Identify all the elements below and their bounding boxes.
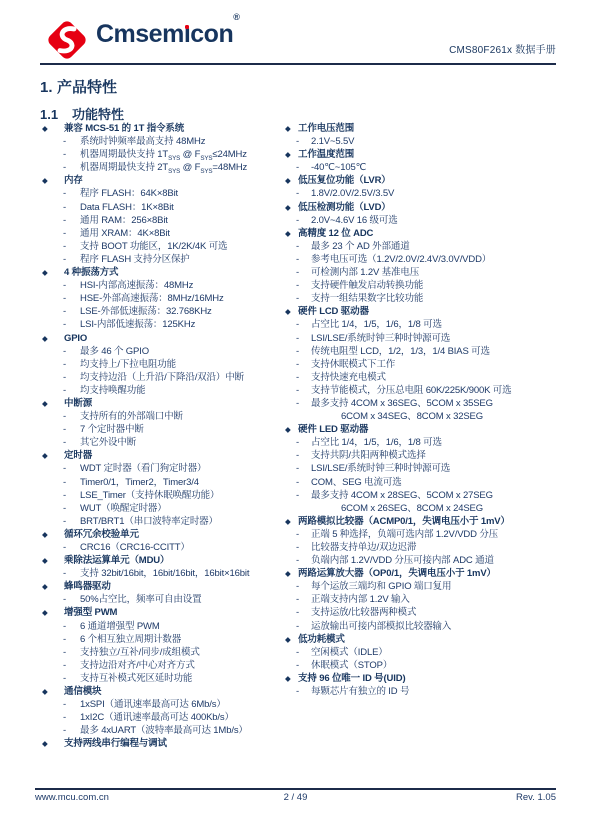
feature-item: -LSI/LSE/系统时钟三种时钟源可选 bbox=[283, 332, 556, 345]
feature-item: -参考电压可选（1.2V/2.0V/2.4V/3.0V/VDD） bbox=[283, 253, 556, 266]
feature-item: -均支持唤醒功能 bbox=[40, 384, 283, 397]
feature-item: -支持运放/比较器两种模式 bbox=[283, 606, 556, 619]
feature-section-header: ◆工作温度范围 bbox=[283, 148, 556, 161]
feature-section: ◆工作电压范围-2.1V~5.5V bbox=[283, 122, 556, 148]
dash-bullet-icon: - bbox=[296, 489, 311, 502]
feature-section: ◆定时器-WDT 定时器（看门狗定时器）-Timer0/1，Timer2，Tim… bbox=[40, 449, 283, 528]
feature-item: -支持一组结果数字比较功能 bbox=[283, 292, 556, 305]
feature-item: -HSE-外部高速振荡：8MHz/16MHz bbox=[40, 292, 283, 305]
feature-item: -支持休眠模式下工作 bbox=[283, 358, 556, 371]
feature-item: -通用 XRAM：4K×8Bit bbox=[40, 227, 283, 240]
feature-item-text: 其它外设中断 bbox=[80, 436, 136, 449]
feature-section: ◆GPIO-最多 46 个 GPIO-均支持上/下拉电阻功能-均支持边沿（上升沿… bbox=[40, 332, 283, 397]
feature-item-text: 6 通道增强型 PWM bbox=[80, 620, 160, 633]
feature-section-title: 4 种振荡方式 bbox=[64, 266, 118, 279]
feature-section-header: ◆内存 bbox=[40, 174, 283, 187]
feature-item-text: LSI/LSE/系统时钟三种时钟源可选 bbox=[311, 332, 450, 345]
subsection-number: 1.1 bbox=[40, 107, 72, 122]
feature-item-text: LSE-外部低速振荡：32.768KHz bbox=[80, 305, 212, 318]
diamond-bullet-icon: ◆ bbox=[285, 567, 298, 580]
feature-section-header: ◆支持两线串行编程与调试 bbox=[40, 737, 283, 750]
feature-item-text: 支持休眠模式下工作 bbox=[311, 358, 395, 371]
feature-item: -6 通道增强型 PWM bbox=[40, 620, 283, 633]
feature-item-text: 支持一组结果数字比较功能 bbox=[311, 292, 423, 305]
diamond-bullet-icon: ◆ bbox=[285, 633, 298, 646]
dash-bullet-icon: - bbox=[296, 580, 311, 593]
diamond-bullet-icon: ◆ bbox=[42, 606, 64, 619]
diamond-bullet-icon: ◆ bbox=[285, 174, 298, 187]
dash-bullet-icon: - bbox=[63, 711, 80, 724]
feature-item-text: 1.8V/2.0V/2.5V/3.5V bbox=[311, 187, 394, 200]
dash-bullet-icon: - bbox=[296, 253, 311, 266]
feature-item: -支持硬件触发启动转换功能 bbox=[283, 279, 556, 292]
page-header: Cmsemıcon® CMS80F261x 数据手册 bbox=[45, 14, 556, 62]
feature-section-header: ◆低压检测功能（LVD） bbox=[283, 201, 556, 214]
feature-item-text: 1xSPI（通讯速率最高可达 6Mb/s） bbox=[80, 698, 226, 711]
dash-bullet-icon: - bbox=[296, 318, 311, 331]
dash-bullet-icon: - bbox=[63, 672, 80, 685]
feature-item-text: 可检测内部 1.2V 基准电压 bbox=[311, 266, 419, 279]
feature-item: -传统电阻型 LCD，1/2，1/3，1/4 BIAS 可选 bbox=[283, 345, 556, 358]
feature-item-text: LSI/LSE/系统时钟三种时钟源可选 bbox=[311, 462, 450, 475]
feature-item: -HSI-内部高速振荡：48MHz bbox=[40, 279, 283, 292]
feature-section: ◆增强型 PWM-6 通道增强型 PWM-6 个相互独立周期计数器-支持独立/互… bbox=[40, 606, 283, 685]
feature-item-text: COM、SEG 电流可选 bbox=[311, 476, 402, 489]
section-label: 产品特性 bbox=[57, 79, 117, 96]
feature-section: ◆两路模拟比较器（ACMP0/1，失调电压小于 1mV）-正端 5 种选择，负端… bbox=[283, 515, 556, 567]
feature-item: -最多支持 4COM x 28SEG、5COM x 27SEG bbox=[283, 489, 556, 502]
feature-item-text: 占空比 1/4，1/5，1/6，1/8 可选 bbox=[311, 436, 442, 449]
feature-item: -每个运放三端均和 GPIO 端口复用 bbox=[283, 580, 556, 593]
dash-bullet-icon: - bbox=[63, 358, 80, 371]
feature-section-title: 两路模拟比较器（ACMP0/1，失调电压小于 1mV） bbox=[298, 515, 510, 528]
diamond-bullet-icon: ◆ bbox=[42, 397, 64, 410]
feature-section-header: ◆中断源 bbox=[40, 397, 283, 410]
feature-section: ◆低功耗模式-空闲模式（IDLE）-休眠模式（STOP） bbox=[283, 633, 556, 672]
dash-bullet-icon: - bbox=[296, 240, 311, 253]
diamond-bullet-icon: ◆ bbox=[285, 423, 298, 436]
diamond-bullet-icon: ◆ bbox=[42, 554, 64, 567]
feature-item: -支持 32bit/16bit，16bit/16bit，16bit×16bit bbox=[40, 567, 283, 580]
dash-bullet-icon: - bbox=[296, 397, 311, 410]
dash-bullet-icon: - bbox=[63, 541, 80, 554]
dash-bullet-icon: - bbox=[63, 187, 80, 200]
dash-bullet-icon: - bbox=[296, 161, 311, 174]
feature-item: -最多 46 个 GPIO bbox=[40, 345, 283, 358]
feature-item: -支持快速充电模式 bbox=[283, 371, 556, 384]
feature-item-text: 6COM x 26SEG、8COM x 24SEG bbox=[341, 502, 483, 515]
dash-bullet-icon: - bbox=[63, 318, 80, 331]
feature-item: -1.8V/2.0V/2.5V/3.5V bbox=[283, 187, 556, 200]
dash-bullet-icon: - bbox=[296, 266, 311, 279]
feature-item-text: 6 个相互独立周期计数器 bbox=[80, 633, 181, 646]
feature-item-text: 支持快速充电模式 bbox=[311, 371, 386, 384]
feature-section: ◆硬件 LED 驱动器-占空比 1/4，1/5，1/6，1/8 可选-支持共阴/… bbox=[283, 423, 556, 515]
dash-bullet-icon: - bbox=[296, 384, 311, 397]
feature-item: -2.1V~5.5V bbox=[283, 135, 556, 148]
dash-bullet-icon: - bbox=[296, 646, 311, 659]
feature-item: -6 个相互独立周期计数器 bbox=[40, 633, 283, 646]
section-title: 1.产品特性 bbox=[40, 76, 117, 97]
feature-section-title: 工作电压范围 bbox=[298, 122, 354, 135]
feature-item-text: 最多支持 4COM x 36SEG、5COM x 35SEG bbox=[311, 397, 493, 410]
dash-bullet-icon: - bbox=[63, 659, 80, 672]
feature-section: ◆兼容 MCS-51 的 1T 指令系统-系统时钟频率最高支持 48MHz-机器… bbox=[40, 122, 283, 174]
feature-item-text: LSE_Timer（支持休眠唤醒功能） bbox=[80, 489, 219, 502]
logo-wordmark: Cmsemıcon® bbox=[96, 22, 239, 47]
registered-mark-icon: ® bbox=[233, 12, 239, 22]
feature-item-text: 传统电阻型 LCD，1/2，1/3，1/4 BIAS 可选 bbox=[311, 345, 490, 358]
dash-bullet-icon: - bbox=[63, 698, 80, 711]
feature-item-text: 负端内部 1.2V/VDD 分压可接内部 ADC 通道 bbox=[311, 554, 494, 567]
feature-section: ◆低压检测功能（LVD）-2.0V~4.6V 16 级可选 bbox=[283, 201, 556, 227]
doc-title: CMS80F261x 数据手册 bbox=[449, 41, 556, 62]
section-number: 1. bbox=[40, 79, 57, 96]
dash-bullet-icon: - bbox=[63, 593, 80, 606]
diamond-bullet-icon: ◆ bbox=[42, 174, 64, 187]
feature-item-text: 50%占空比，频率可自由设置 bbox=[80, 593, 201, 606]
features-column-right: ◆工作电压范围-2.1V~5.5V◆工作温度范围--40℃~105℃◆低压复位功… bbox=[283, 122, 556, 751]
dash-bullet-icon: - bbox=[63, 384, 80, 397]
feature-section: ◆硬件 LCD 驱动器-占空比 1/4，1/5，1/6，1/8 可选-LSI/L… bbox=[283, 305, 556, 423]
dash-bullet-icon: - bbox=[63, 436, 80, 449]
feature-item: -正端 5 种选择，负端可选内部 1.2V/VDD 分压 bbox=[283, 528, 556, 541]
feature-item: -占空比 1/4，1/5，1/6，1/8 可选 bbox=[283, 436, 556, 449]
feature-section-title: 硬件 LED 驱动器 bbox=[298, 423, 368, 436]
feature-section: ◆通信模块-1xSPI（通讯速率最高可达 6Mb/s）-1xI2C（通讯速率最高… bbox=[40, 685, 283, 737]
feature-item-text: 2.1V~5.5V bbox=[311, 135, 354, 148]
feature-item: -WDT 定时器（看门狗定时器） bbox=[40, 462, 283, 475]
diamond-bullet-icon: ◆ bbox=[285, 148, 298, 161]
page-footer: www.mcu.com.cn 2 / 49 Rev. 1.05 bbox=[35, 792, 556, 803]
dash-bullet-icon: - bbox=[63, 423, 80, 436]
dash-bullet-icon: - bbox=[63, 214, 80, 227]
feature-item: -Timer0/1，Timer2，Timer3/4 bbox=[40, 476, 283, 489]
dash-bullet-icon: - bbox=[63, 646, 80, 659]
feature-section: ◆循环冗余校验单元-CRC16（CRC16-CCITT） bbox=[40, 528, 283, 554]
dash-bullet-icon: - bbox=[296, 358, 311, 371]
feature-section: ◆高精度 12 位 ADC-最多 23 个 AD 外部通道-参考电压可选（1.2… bbox=[283, 227, 556, 306]
header-rule bbox=[40, 63, 556, 65]
dash-bullet-icon: - bbox=[296, 332, 311, 345]
dash-bullet-icon: - bbox=[296, 659, 311, 672]
subsection-label: 功能特性 bbox=[72, 107, 124, 122]
feature-item-text: WUT（唤醒定时器） bbox=[80, 502, 167, 515]
feature-item: -每颗芯片有独立的 ID 号 bbox=[283, 685, 556, 698]
feature-item-text: 支持边沿对齐/中心对齐方式 bbox=[80, 659, 195, 672]
dash-bullet-icon: - bbox=[296, 462, 311, 475]
diamond-bullet-icon: ◆ bbox=[285, 201, 298, 214]
dash-bullet-icon: - bbox=[63, 489, 80, 502]
dash-bullet-icon: - bbox=[63, 292, 80, 305]
dash-bullet-icon: - bbox=[296, 593, 311, 606]
feature-section-header: ◆硬件 LED 驱动器 bbox=[283, 423, 556, 436]
feature-item-text: CRC16（CRC16-CCITT） bbox=[80, 541, 190, 554]
feature-item-text: 支持独立/互补/同步/成组模式 bbox=[80, 646, 200, 659]
feature-section: ◆工作温度范围--40℃~105℃ bbox=[283, 148, 556, 174]
dash-bullet-icon: - bbox=[296, 214, 311, 227]
feature-item-text: 支持节能模式，分压总电阻 60K/225K/900K 可选 bbox=[311, 384, 512, 397]
feature-section: ◆低压复位功能（LVR）-1.8V/2.0V/2.5V/3.5V bbox=[283, 174, 556, 200]
dash-bullet-icon: - bbox=[296, 135, 311, 148]
datasheet-page: Cmsemıcon® CMS80F261x 数据手册 1.产品特性 1.1功能特… bbox=[0, 0, 590, 827]
feature-item: 6COM x 34SEG、8COM x 32SEG bbox=[283, 410, 556, 423]
diamond-bullet-icon: ◆ bbox=[285, 305, 298, 318]
diamond-bullet-icon: ◆ bbox=[42, 449, 64, 462]
feature-item-text: BRT/BRT1（串口波特率定时器） bbox=[80, 515, 218, 528]
diamond-bullet-icon: ◆ bbox=[42, 737, 64, 750]
feature-section-title: 工作温度范围 bbox=[298, 148, 354, 161]
feature-item-text: 运放输出可接内部模拟比较器输入 bbox=[311, 620, 451, 633]
dash-bullet-icon: - bbox=[63, 240, 80, 253]
dash-bullet-icon: - bbox=[63, 253, 80, 266]
feature-item: -空闲模式（IDLE） bbox=[283, 646, 556, 659]
feature-list: ◆兼容 MCS-51 的 1T 指令系统-系统时钟频率最高支持 48MHz-机器… bbox=[40, 122, 556, 751]
feature-section-header: ◆通信模块 bbox=[40, 685, 283, 698]
subsection-title: 1.1功能特性 bbox=[40, 104, 124, 123]
feature-item-text: 均支持唤醒功能 bbox=[80, 384, 145, 397]
feature-item-text: 空闲模式（IDLE） bbox=[311, 646, 388, 659]
feature-section-header: ◆增强型 PWM bbox=[40, 606, 283, 619]
logo-letter-i: ı bbox=[184, 22, 190, 47]
feature-item-text: 程序 FLASH：64K×8Bit bbox=[80, 187, 178, 200]
feature-section-header: ◆工作电压范围 bbox=[283, 122, 556, 135]
dash-bullet-icon: - bbox=[296, 292, 311, 305]
feature-item-text: 通用 RAM：256×8Bit bbox=[80, 214, 168, 227]
feature-item: -LSI/LSE/系统时钟三种时钟源可选 bbox=[283, 462, 556, 475]
dash-bullet-icon: - bbox=[63, 633, 80, 646]
dash-bullet-icon: - bbox=[63, 201, 80, 214]
feature-item-text: 2.0V~4.6V 16 级可选 bbox=[311, 214, 398, 227]
feature-item: -支持所有的外部端口中断 bbox=[40, 410, 283, 423]
diamond-bullet-icon: ◆ bbox=[285, 672, 298, 685]
feature-item-text: 支持所有的外部端口中断 bbox=[80, 410, 183, 423]
feature-item: -均支持上/下拉电阻功能 bbox=[40, 358, 283, 371]
feature-item: -其它外设中断 bbox=[40, 436, 283, 449]
feature-item-text: 休眠模式（STOP） bbox=[311, 659, 392, 672]
feature-item-text: 系统时钟频率最高支持 48MHz bbox=[80, 135, 205, 148]
feature-section-title: 循环冗余校验单元 bbox=[64, 528, 139, 541]
feature-section: ◆4 种振荡方式-HSI-内部高速振荡：48MHz-HSE-外部高速振荡：8MH… bbox=[40, 266, 283, 331]
feature-section-title: 低功耗模式 bbox=[298, 633, 345, 646]
feature-item-text: 最多 46 个 GPIO bbox=[80, 345, 149, 358]
feature-section-title: 支持两线串行编程与调试 bbox=[64, 737, 167, 750]
feature-section-title: 乘除法运算单元（MDU） bbox=[64, 554, 169, 567]
feature-section: ◆内存-程序 FLASH：64K×8Bit-Data FLASH：1K×8Bit… bbox=[40, 174, 283, 266]
feature-item: -50%占空比，频率可自由设置 bbox=[40, 593, 283, 606]
dash-bullet-icon: - bbox=[63, 279, 80, 292]
feature-item-text: 参考电压可选（1.2V/2.0V/2.4V/3.0V/VDD） bbox=[311, 253, 491, 266]
feature-section: ◆乘除法运算单元（MDU）-支持 32bit/16bit，16bit/16bit… bbox=[40, 554, 283, 580]
dash-bullet-icon: - bbox=[296, 449, 311, 462]
dash-bullet-icon: - bbox=[63, 371, 80, 384]
feature-item-text: 支持 BOOT 功能区，1K/2K/4K 可选 bbox=[80, 240, 227, 253]
feature-item-text: 1xI2C（通讯速率最高可达 400Kb/s） bbox=[80, 711, 234, 724]
feature-item-text: HSI-内部高速振荡：48MHz bbox=[80, 279, 193, 292]
dash-bullet-icon: - bbox=[296, 436, 311, 449]
feature-item-text: Data FLASH：1K×8Bit bbox=[80, 201, 174, 214]
cmsemicon-logo: Cmsemıcon® bbox=[45, 18, 239, 62]
feature-item: -7 个定时器中断 bbox=[40, 423, 283, 436]
features-column-left: ◆兼容 MCS-51 的 1T 指令系统-系统时钟频率最高支持 48MHz-机器… bbox=[40, 122, 283, 751]
feature-section-title: 通信模块 bbox=[64, 685, 101, 698]
feature-item: -LSE-外部低速振荡：32.768KHz bbox=[40, 305, 283, 318]
dash-bullet-icon: - bbox=[296, 606, 311, 619]
dash-bullet-icon: - bbox=[296, 620, 311, 633]
feature-item-text: LSI-内部低速振荡：125KHz bbox=[80, 318, 195, 331]
feature-item-text: 每颗芯片有独立的 ID 号 bbox=[311, 685, 409, 698]
diamond-bullet-icon: ◆ bbox=[42, 685, 64, 698]
feature-item: -程序 FLASH：64K×8Bit bbox=[40, 187, 283, 200]
feature-item-text: HSE-外部高速振荡：8MHz/16MHz bbox=[80, 292, 224, 305]
dash-bullet-icon: - bbox=[63, 462, 80, 475]
dash-bullet-icon: - bbox=[63, 345, 80, 358]
feature-item-text: 最多支持 4COM x 28SEG、5COM x 27SEG bbox=[311, 489, 493, 502]
feature-section-header: ◆兼容 MCS-51 的 1T 指令系统 bbox=[40, 122, 283, 135]
feature-section-title: GPIO bbox=[64, 332, 87, 345]
feature-section-header: ◆蜂鸣器驱动 bbox=[40, 580, 283, 593]
feature-item: -BRT/BRT1（串口波特率定时器） bbox=[40, 515, 283, 528]
footer-rule bbox=[35, 788, 556, 790]
feature-item: --40℃~105℃ bbox=[283, 161, 556, 174]
feature-section-header: ◆4 种振荡方式 bbox=[40, 266, 283, 279]
feature-section-header: ◆支持 96 位唯一 ID 号(UID) bbox=[283, 672, 556, 685]
feature-item-text: 最多 23 个 AD 外部通道 bbox=[311, 240, 410, 253]
feature-item: -WUT（唤醒定时器） bbox=[40, 502, 283, 515]
dash-bullet-icon: - bbox=[63, 620, 80, 633]
feature-item-text: 均支持上/下拉电阻功能 bbox=[80, 358, 176, 371]
feature-item: -休眠模式（STOP） bbox=[283, 659, 556, 672]
feature-item: -机器周期最快支持 1TSYS @ FSYS≤24MHz bbox=[40, 148, 283, 161]
feature-section-header: ◆硬件 LCD 驱动器 bbox=[283, 305, 556, 318]
feature-item: -支持 BOOT 功能区，1K/2K/4K 可选 bbox=[40, 240, 283, 253]
feature-section-title: 两路运算放大器（OP0/1，失调电压小于 1mV） bbox=[298, 567, 496, 580]
feature-section-title: 硬件 LCD 驱动器 bbox=[298, 305, 369, 318]
feature-item: -CRC16（CRC16-CCITT） bbox=[40, 541, 283, 554]
dash-bullet-icon: - bbox=[63, 502, 80, 515]
dash-bullet-icon: - bbox=[63, 724, 80, 737]
dash-bullet-icon: - bbox=[296, 554, 311, 567]
feature-section-title: 增强型 PWM bbox=[64, 606, 117, 619]
feature-item-text: -40℃~105℃ bbox=[311, 161, 366, 174]
feature-section: ◆支持两线串行编程与调试 bbox=[40, 737, 283, 750]
feature-item-text: 机器周期最快支持 1TSYS @ FSYS≤24MHz bbox=[80, 148, 247, 161]
feature-item-text: 支持 32bit/16bit，16bit/16bit，16bit×16bit bbox=[80, 567, 249, 580]
feature-section-header: ◆循环冗余校验单元 bbox=[40, 528, 283, 541]
feature-item: -负端内部 1.2V/VDD 分压可接内部 ADC 通道 bbox=[283, 554, 556, 567]
feature-item: -最多 4xUART（波特率最高可达 1Mb/s） bbox=[40, 724, 283, 737]
feature-section-header: ◆GPIO bbox=[40, 332, 283, 345]
feature-item-text: WDT 定时器（看门狗定时器） bbox=[80, 462, 206, 475]
feature-section-title: 中断源 bbox=[64, 397, 92, 410]
dash-bullet-icon: - bbox=[296, 528, 311, 541]
feature-section-title: 低压检测功能（LVD） bbox=[298, 201, 391, 214]
dash-bullet-icon: - bbox=[296, 279, 311, 292]
dash-bullet-icon: - bbox=[296, 187, 311, 200]
feature-section-title: 兼容 MCS-51 的 1T 指令系统 bbox=[64, 122, 184, 135]
dash-bullet-icon: - bbox=[296, 345, 311, 358]
feature-section: ◆中断源-支持所有的外部端口中断-7 个定时器中断-其它外设中断 bbox=[40, 397, 283, 449]
dash-bullet-icon: - bbox=[63, 227, 80, 240]
feature-item-text: 正端 5 种选择，负端可选内部 1.2V/VDD 分压 bbox=[311, 528, 498, 541]
feature-item: -可检测内部 1.2V 基准电压 bbox=[283, 266, 556, 279]
dash-bullet-icon: - bbox=[63, 148, 80, 161]
feature-item: -比较器支持单边/双边迟滞 bbox=[283, 541, 556, 554]
feature-section-title: 定时器 bbox=[64, 449, 92, 462]
feature-item-text: Timer0/1，Timer2，Timer3/4 bbox=[80, 476, 199, 489]
dash-bullet-icon: - bbox=[63, 515, 80, 528]
subscript-text: SYS bbox=[168, 168, 180, 175]
diamond-bullet-icon: ◆ bbox=[42, 122, 64, 135]
feature-item: -均支持边沿（上升沿/下降沿/双沿）中断 bbox=[40, 371, 283, 384]
feature-item-text: 通用 XRAM：4K×8Bit bbox=[80, 227, 170, 240]
feature-item-text: 程序 FLASH 支持分区保护 bbox=[80, 253, 190, 266]
logo-diamond-icon bbox=[45, 18, 89, 62]
feature-section-header: ◆定时器 bbox=[40, 449, 283, 462]
dash-bullet-icon: - bbox=[63, 161, 80, 174]
feature-item: -Data FLASH：1K×8Bit bbox=[40, 201, 283, 214]
diamond-bullet-icon: ◆ bbox=[42, 580, 64, 593]
feature-section-title: 支持 96 位唯一 ID 号(UID) bbox=[298, 672, 405, 685]
diamond-bullet-icon: ◆ bbox=[42, 266, 64, 279]
feature-item: -最多支持 4COM x 36SEG、5COM x 35SEG bbox=[283, 397, 556, 410]
feature-section-header: ◆两路模拟比较器（ACMP0/1，失调电压小于 1mV） bbox=[283, 515, 556, 528]
feature-section-title: 高精度 12 位 ADC bbox=[298, 227, 373, 240]
subscript-text: SYS bbox=[200, 168, 212, 175]
feature-section: ◆两路运算放大器（OP0/1，失调电压小于 1mV）-每个运放三端均和 GPIO… bbox=[283, 567, 556, 632]
feature-item: -支持互补模式死区延时功能 bbox=[40, 672, 283, 685]
dash-bullet-icon: - bbox=[63, 305, 80, 318]
feature-item-text: 支持互补模式死区延时功能 bbox=[80, 672, 192, 685]
feature-item: -机器周期最快支持 2TSYS @ FSYS=48MHz bbox=[40, 161, 283, 174]
feature-section-title: 蜂鸣器驱动 bbox=[64, 580, 111, 593]
feature-item: -1xI2C（通讯速率最高可达 400Kb/s） bbox=[40, 711, 283, 724]
diamond-bullet-icon: ◆ bbox=[42, 332, 64, 345]
feature-item: 6COM x 26SEG、8COM x 24SEG bbox=[283, 502, 556, 515]
feature-item: -支持节能模式，分压总电阻 60K/225K/900K 可选 bbox=[283, 384, 556, 397]
feature-item: -系统时钟频率最高支持 48MHz bbox=[40, 135, 283, 148]
footer-website: www.mcu.com.cn bbox=[35, 792, 109, 803]
feature-item-text: 机器周期最快支持 2TSYS @ FSYS=48MHz bbox=[80, 161, 247, 174]
logo-text-part: con bbox=[190, 20, 233, 48]
dash-bullet-icon: - bbox=[296, 541, 311, 554]
feature-item: -LSI-内部低速振荡：125KHz bbox=[40, 318, 283, 331]
dash-bullet-icon: - bbox=[296, 476, 311, 489]
feature-section-header: ◆乘除法运算单元（MDU） bbox=[40, 554, 283, 567]
feature-section-header: ◆高精度 12 位 ADC bbox=[283, 227, 556, 240]
diamond-bullet-icon: ◆ bbox=[285, 227, 298, 240]
feature-item: -占空比 1/4，1/5，1/6，1/8 可选 bbox=[283, 318, 556, 331]
feature-item-text: 支持硬件触发启动转换功能 bbox=[311, 279, 423, 292]
footer-page-number: 2 / 49 bbox=[35, 792, 556, 803]
dash-bullet-icon: - bbox=[63, 567, 80, 580]
diamond-bullet-icon: ◆ bbox=[42, 528, 64, 541]
feature-item-text: 支持共阴/共阳两种模式选择 bbox=[311, 449, 426, 462]
feature-item-text: 均支持边沿（上升沿/下降沿/双沿）中断 bbox=[80, 371, 244, 384]
feature-section-header: ◆低功耗模式 bbox=[283, 633, 556, 646]
feature-item: -通用 RAM：256×8Bit bbox=[40, 214, 283, 227]
footer-revision: Rev. 1.05 bbox=[516, 792, 556, 803]
feature-item: -支持共阴/共阳两种模式选择 bbox=[283, 449, 556, 462]
diamond-bullet-icon: ◆ bbox=[285, 515, 298, 528]
feature-section-header: ◆低压复位功能（LVR） bbox=[283, 174, 556, 187]
logo-text: Cmsemıcon bbox=[96, 20, 233, 48]
dash-bullet-icon: - bbox=[63, 476, 80, 489]
dash-bullet-icon: - bbox=[296, 371, 311, 384]
feature-item-text: 7 个定时器中断 bbox=[80, 423, 144, 436]
feature-item-text: 每个运放三端均和 GPIO 端口复用 bbox=[311, 580, 451, 593]
feature-item-text: 最多 4xUART（波特率最高可达 1Mb/s） bbox=[80, 724, 248, 737]
